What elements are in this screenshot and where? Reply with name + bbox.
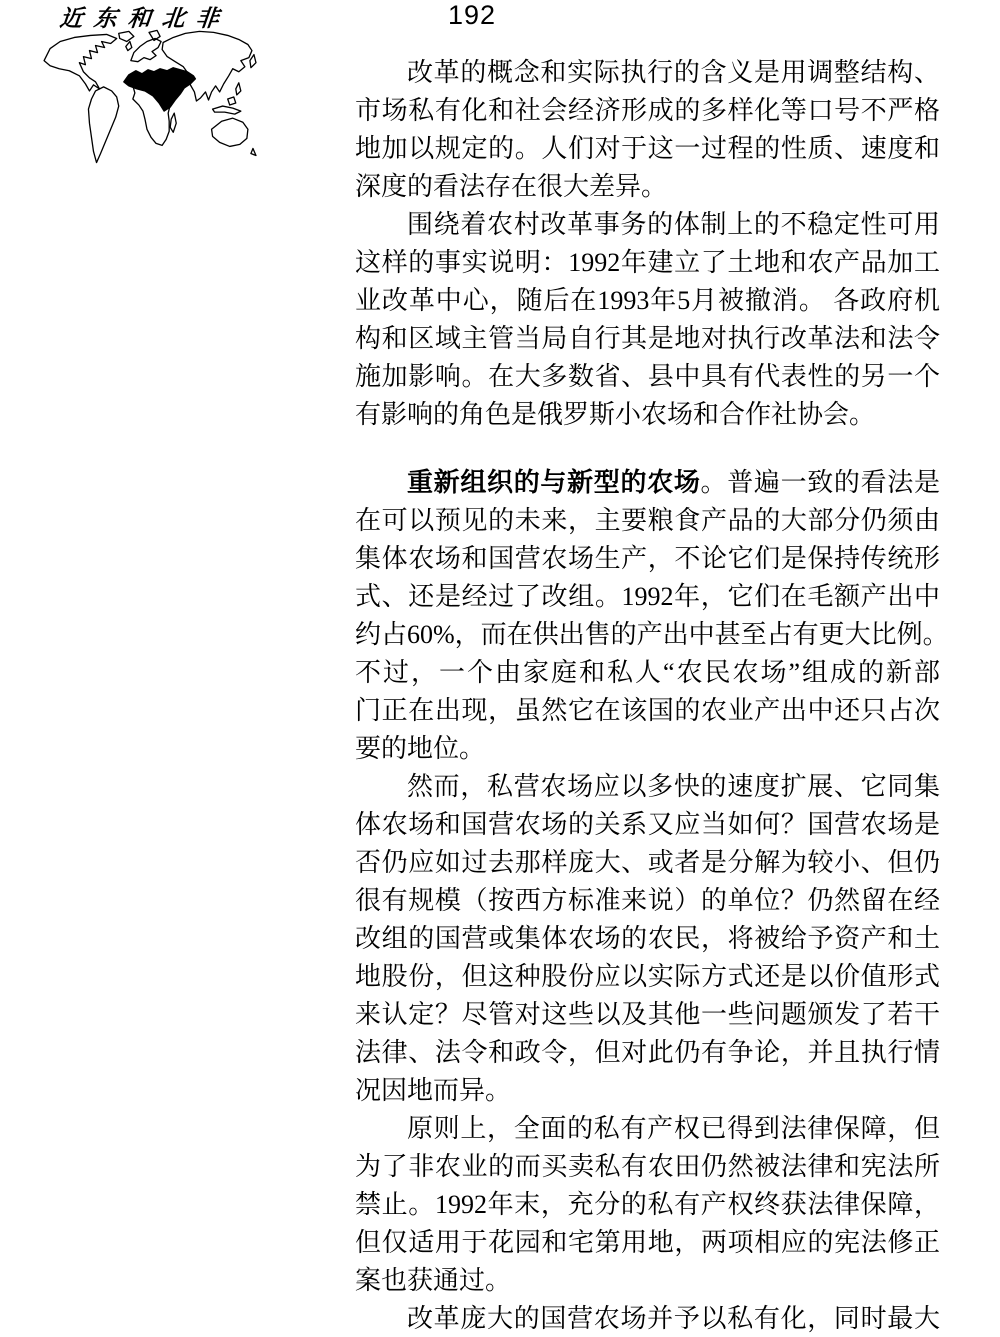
text-line: 不过，一个由家庭和私人“农民农场”组成的新部 xyxy=(355,654,940,692)
text-line: 改革的概念和实际执行的含义是用调整结构、 xyxy=(355,54,940,92)
text-column: 改革的概念和实际执行的含义是用调整结构、市场私有化和社会经济形成的多样化等口号不… xyxy=(355,54,940,1337)
text-run: 地股份，但这种股份应以实际方式还是以价值形式 xyxy=(355,962,940,991)
text-line: 约占60%，而在供出售的产出中甚至占有更大比例。 xyxy=(355,616,940,654)
text-line: 改组的国营或集体农场的农民，将被给予资产和土 xyxy=(355,920,940,958)
text-line: 要的地位。 xyxy=(355,730,940,768)
text-line: 门正在出现，虽然它在该国的农业产出中还只占次 xyxy=(355,692,940,730)
paragraph: 然而，私营农场应以多快的速度扩展、它同集体农场和国营农场的关系又应当如何？国营农… xyxy=(355,768,940,1110)
world-map-mena-highlighted-icon xyxy=(38,26,260,172)
text-line: 体农场和国营农场的关系又应当如何？国营农场是 xyxy=(355,806,940,844)
text-line: 业改革中心，随后在1993年5月被撤消。 各政府机 xyxy=(355,282,940,320)
run-in-heading: 重新组织的与新型的农场 xyxy=(407,468,701,497)
text-line: 禁止。1992年末，充分的私有产权终获法律保障， xyxy=(355,1186,940,1224)
text-run: 施加影响。在大多数省、县中具有代表性的另一个 xyxy=(355,362,940,391)
text-run: 在可以预见的未来，主要粮食产品的大部分仍须由 xyxy=(355,506,940,535)
text-run: 很有规模（按西方标准来说）的单位？仍然留在经 xyxy=(355,886,940,915)
text-line: 这样的事实说明：1992年建立了土地和农产品加工 xyxy=(355,244,940,282)
text-line: 市场私有化和社会经济形成的多样化等口号不严格 xyxy=(355,92,940,130)
text-run: 原则上，全面的私有产权已得到法律保障，但 xyxy=(407,1114,940,1143)
text-run: 约占60%，而在供出售的产出中甚至占有更大比例。 xyxy=(355,620,949,649)
text-line: 施加影响。在大多数省、县中具有代表性的另一个 xyxy=(355,358,940,396)
text-line: 否仍应如过去那样庞大、或者是分解为较小、但仍 xyxy=(355,844,940,882)
text-line: 有影响的角色是俄罗斯小农场和合作社协会。 xyxy=(355,396,940,434)
text-run: 有影响的角色是俄罗斯小农场和合作社协会。 xyxy=(355,400,875,429)
page-number: 192 xyxy=(448,0,496,31)
text-run: 市场私有化和社会经济形成的多样化等口号不严格 xyxy=(355,96,940,125)
text-line: 为了非农业的而买卖私有农田仍然被法律和宪法所 xyxy=(355,1148,940,1186)
text-line: 很有规模（按西方标准来说）的单位？仍然留在经 xyxy=(355,882,940,920)
text-line: 改革庞大的国营农场并予以私有化，同时最大 xyxy=(355,1300,940,1337)
text-line: 况因地而异。 xyxy=(355,1072,940,1110)
paragraph: 围绕着农村改革事务的体制上的不稳定性可用这样的事实说明：1992年建立了土地和农… xyxy=(355,206,940,434)
text-run: 地加以规定的。人们对于这一过程的性质、速度和 xyxy=(355,134,940,163)
paragraph: 改革的概念和实际执行的含义是用调整结构、市场私有化和社会经济形成的多样化等口号不… xyxy=(355,54,940,206)
text-run: 业改革中心，随后在1993年5月被撤消。 各政府机 xyxy=(355,286,940,315)
text-line: 深度的看法存在很大差异。 xyxy=(355,168,940,206)
text-run: 深度的看法存在很大差异。 xyxy=(355,172,667,201)
text-run: 改革庞大的国营农场并予以私有化，同时最大 xyxy=(407,1304,940,1333)
text-line: 然而，私营农场应以多快的速度扩展、它同集 xyxy=(355,768,940,806)
text-run: 门正在出现，虽然它在该国的农业产出中还只占次 xyxy=(355,696,940,725)
text-line: 来认定？尽管对这些以及其他一些问题颁发了若干 xyxy=(355,996,940,1034)
paragraph: 重新组织的与新型的农场。普遍一致的看法是在可以预见的未来，主要粮食产品的大部分仍… xyxy=(355,464,940,768)
text-run: 式、还是经过了改组。1992年，它们在毛额产出中 xyxy=(355,582,940,611)
text-line: 式、还是经过了改组。1992年，它们在毛额产出中 xyxy=(355,578,940,616)
text-line: 集体农场和国营农场生产，不论它们是保持传统形 xyxy=(355,540,940,578)
text-line: 围绕着农村改革事务的体制上的不稳定性可用 xyxy=(355,206,940,244)
text-line: 案也获通过。 xyxy=(355,1262,940,1300)
text-run: 改革的概念和实际执行的含义是用调整结构、 xyxy=(407,58,940,87)
text-line: 但仅适用于花园和宅第用地，两项相应的宪法修正 xyxy=(355,1224,940,1262)
paragraph: 原则上，全面的私有产权已得到法律保障，但为了非农业的而买卖私有农田仍然被法律和宪… xyxy=(355,1110,940,1300)
text-run: 禁止。1992年末，充分的私有产权终获法律保障， xyxy=(355,1190,940,1219)
text-run: 体农场和国营农场的关系又应当如何？国营农场是 xyxy=(355,810,940,839)
text-run: 。普遍一致的看法是 xyxy=(701,468,940,497)
paragraph: 改革庞大的国营农场并予以私有化，同时最大 xyxy=(355,1300,940,1337)
text-run: 否仍应如过去那样庞大、或者是分解为较小、但仍 xyxy=(355,848,940,877)
text-line: 在可以预见的未来，主要粮食产品的大部分仍须由 xyxy=(355,502,940,540)
text-run: 这样的事实说明：1992年建立了土地和农产品加工 xyxy=(355,248,940,277)
text-line: 重新组织的与新型的农场。普遍一致的看法是 xyxy=(355,464,940,502)
text-run: 集体农场和国营农场生产，不论它们是保持传统形 xyxy=(355,544,940,573)
text-line: 法律、法令和政令，但对此仍有争论，并且执行情 xyxy=(355,1034,940,1072)
scanned-book-page: { "page": { "number": "192", "region_lab… xyxy=(0,0,1000,1337)
text-line: 原则上，全面的私有产权已得到法律保障，但 xyxy=(355,1110,940,1148)
text-run: 不过，一个由家庭和私人“农民农场”组成的新部 xyxy=(355,658,940,687)
text-run: 案也获通过。 xyxy=(355,1266,511,1295)
text-run: 况因地而异。 xyxy=(355,1076,511,1105)
text-line: 地加以规定的。人们对于这一过程的性质、速度和 xyxy=(355,130,940,168)
text-run: 来认定？尽管对这些以及其他一些问题颁发了若干 xyxy=(355,1000,940,1029)
text-run: 然而，私营农场应以多快的速度扩展、它同集 xyxy=(407,772,940,801)
text-line: 地股份，但这种股份应以实际方式还是以价值形式 xyxy=(355,958,940,996)
text-run: 改组的国营或集体农场的农民，将被给予资产和土 xyxy=(355,924,940,953)
text-run: 构和区域主管当局自行其是地对执行改革法和法令 xyxy=(355,324,940,353)
text-run: 要的地位。 xyxy=(355,734,485,763)
text-run: 但仅适用于花园和宅第用地，两项相应的宪法修正 xyxy=(355,1228,940,1257)
text-line: 构和区域主管当局自行其是地对执行改革法和法令 xyxy=(355,320,940,358)
text-run: 为了非农业的而买卖私有农田仍然被法律和宪法所 xyxy=(355,1152,940,1181)
text-run: 法律、法令和政令，但对此仍有争论，并且执行情 xyxy=(355,1038,940,1067)
text-run: 围绕着农村改革事务的体制上的不稳定性可用 xyxy=(407,210,940,239)
